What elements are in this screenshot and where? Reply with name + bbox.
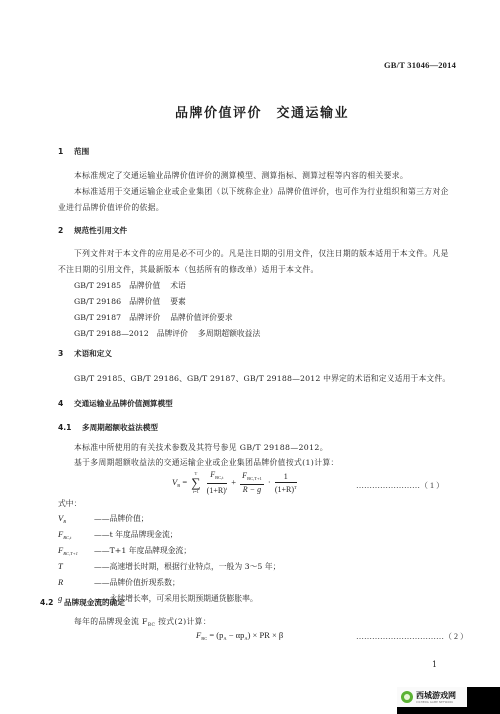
variable-description: ——高速增长时期，根据行业特点，一般为 3～5 年；: [94, 562, 280, 571]
reference-code: GB/T 29185: [74, 281, 121, 290]
subsection-4-1-paragraph-2: 基于多周期超额收益法的交通运输企业或企业集团品牌价值按式(1)计算：: [58, 455, 454, 471]
frac2-denominator: R − g: [243, 485, 261, 494]
fraction-2: FBC,T+1 R − g: [240, 471, 264, 495]
section-title: 范围: [74, 147, 89, 156]
site-watermark: 西城游戏网 XICHENG GAME NETWORK: [397, 687, 500, 714]
subsection-4-2-paragraph: 每年的品牌现金流 FBC 按式(2)计算：: [74, 614, 211, 634]
watermark-subtitle: XICHENG GAME NETWORK: [416, 701, 453, 704]
variable-definition: VB——品牌价值；: [58, 513, 149, 524]
subsection-4-1-heading: 4.1多周期超额收益法模型: [58, 422, 158, 433]
formula-rhs-part: = (p: [207, 630, 223, 640]
frac1-denominator: (1+R): [207, 486, 226, 495]
reference-item: GB/T 29186品牌价值要素: [74, 296, 186, 307]
variable-description: ——T+1 年度品牌现金流；: [94, 546, 191, 555]
section-1-paragraph-1: 本标准规定了交通运输业品牌价值评价的测算模型、测算指标、测算过程等内容的相关要求…: [58, 168, 454, 184]
reference-item: GB/T 29185品牌价值术语: [74, 280, 186, 291]
reference-code: GB/T 29188—2012: [74, 329, 149, 338]
paragraph-text: 每年的品牌现金流 F: [74, 617, 148, 626]
variable-definition: R——品牌价值折现系数；: [58, 577, 180, 588]
page-number: 1: [432, 660, 437, 669]
watermark-site-name: 西城游戏网: [416, 690, 456, 701]
reference-title-2: 品牌价值评价要求: [170, 313, 232, 322]
formula-1: VB = T ∑ t=1 FBC,t (1+R)t + FBC,T+1 R − …: [172, 470, 299, 496]
section-3-paragraph-1: GB/T 29185、GB/T 29186、GB/T 29187、GB/T 29…: [58, 371, 468, 387]
frac3-denominator-sup: T: [294, 485, 297, 490]
standard-code: GB/T 31046—2014: [384, 60, 456, 70]
section-number: 2: [58, 226, 74, 235]
section-2-heading: 2规范性引用文件: [58, 225, 127, 236]
section-title: 交通运输业品牌价值测算模型: [74, 399, 173, 408]
variable-definition: T——高速增长时期，根据行业特点，一般为 3～5 年；: [58, 561, 280, 572]
reference-code: GB/T 29186: [74, 297, 121, 306]
section-title: 规范性引用文件: [74, 226, 127, 235]
section-1-paragraph-2: 本标准适用于交通运输企业或企业集团（以下统称企业）品牌价值评价，也可作为行业组织…: [58, 184, 454, 216]
frac3-numerator: 1: [275, 472, 297, 483]
reference-title-2: 要素: [170, 297, 186, 306]
frac3-denominator: (1+R): [275, 485, 294, 494]
section-number: 4: [58, 399, 74, 408]
subsection-number: 4.1: [58, 423, 82, 432]
section-number: 3: [58, 349, 74, 358]
subsection-number: 4.2: [40, 598, 64, 607]
section-4-heading: 4交通运输业品牌价值测算模型: [58, 398, 173, 409]
where-label: 式中：: [58, 496, 81, 512]
section-1-heading: 1范围: [58, 146, 89, 157]
reference-item: GB/T 29188—2012品牌评价多周期超额收益法: [74, 328, 260, 339]
subsection-title: 品牌现金流的确定: [64, 598, 125, 607]
variable-description: ——品牌价值；: [94, 514, 149, 523]
watermark-logo-icon: [401, 691, 413, 703]
frac2-numerator-sub: BC,T+1: [247, 476, 262, 481]
document-title: 品牌价值评价 交通运输业: [175, 102, 349, 121]
section-3-heading: 3术语和定义: [58, 348, 112, 359]
fraction-3: 1 (1+R)T: [275, 472, 297, 495]
reference-title-1: 品牌价值: [129, 297, 160, 306]
summation-symbol: T ∑ t=1: [191, 471, 200, 495]
equation-number-2: ……………………………（ 2 ）: [356, 631, 468, 642]
subsection-4-1-paragraph-1: 本标准中所使用的有关技术参数及其符号参见 GB/T 29188—2012。: [58, 440, 454, 456]
frac1-denominator-sup: t: [226, 486, 227, 491]
frac1-numerator-sub: BC,t: [215, 475, 223, 480]
variable-definition: FBC,T+1——T+1 年度品牌现金流；: [58, 545, 191, 556]
variable-subscript: BC,t: [63, 535, 71, 540]
variable-subscript: B: [63, 519, 66, 524]
formula-rhs-part: ) × PR × β: [248, 630, 284, 640]
reference-item: GB/T 29187品牌评价品牌价值评价要求: [74, 312, 233, 323]
reference-title-1: 品牌价值: [129, 281, 160, 290]
reference-title-2: 多周期超额收益法: [198, 329, 260, 338]
section-title: 术语和定义: [74, 349, 112, 358]
variable-definition: FBC,t——t 年度品牌现金流；: [58, 529, 178, 540]
section-2-paragraph-1: 下列文件对于本文件的应用是必不可少的。凡是注日期的引用文件，仅注日期的版本适用于…: [58, 246, 454, 278]
paragraph-text-end: 按式(2)计算：: [155, 617, 211, 626]
variable-subscript: BC,T+1: [63, 551, 78, 556]
variable-symbol: T: [58, 561, 63, 571]
fraction-1: FBC,t (1+R)t: [207, 470, 227, 496]
subsection-4-2-heading: 4.2品牌现金流的确定: [40, 597, 125, 608]
reference-title-1: 品牌评价: [157, 329, 188, 338]
subsection-title: 多周期超额收益法模型: [82, 423, 158, 432]
variable-description: ——t 年度品牌现金流；: [94, 530, 178, 539]
formula-lhs-sub: B: [177, 483, 180, 488]
reference-title-2: 术语: [170, 281, 186, 290]
variable-description: ——品牌价值折现系数；: [94, 578, 180, 587]
formula-2: FBC = (pA − αpA) × PR × β: [196, 630, 283, 641]
variable-symbol: R: [58, 577, 63, 587]
section-number: 1: [58, 147, 74, 156]
formula-rhs-part: − αp: [227, 630, 245, 640]
reference-code: GB/T 29187: [74, 313, 121, 322]
reference-title-1: 品牌评价: [129, 313, 160, 322]
equation-number-1: ……………………（ 1 ）: [356, 480, 444, 491]
